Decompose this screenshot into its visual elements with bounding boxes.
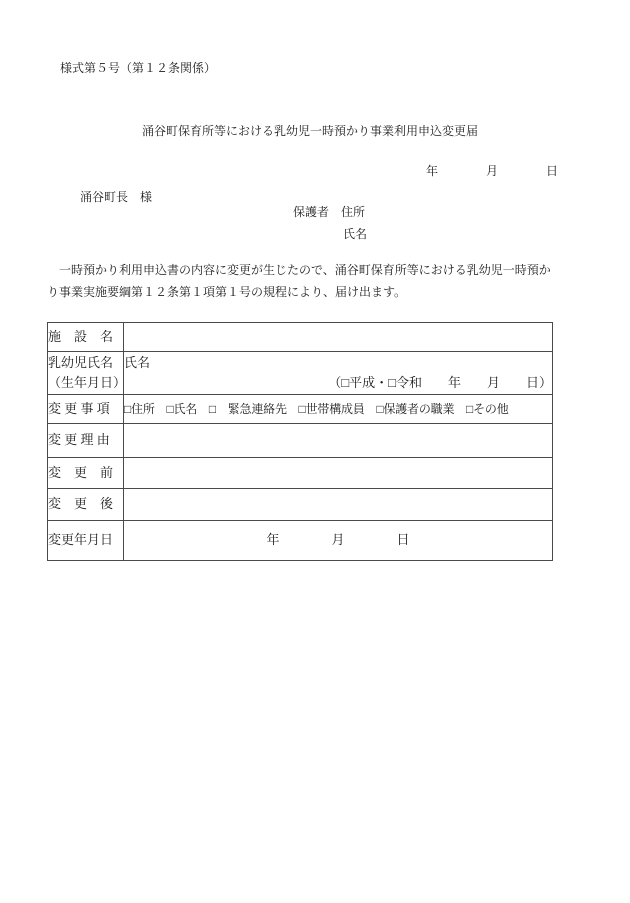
- before-change-value: [124, 458, 553, 489]
- facility-name-label: 施 設 名: [48, 323, 124, 352]
- infant-name-label-line2: （生年月日）: [48, 375, 124, 390]
- change-reason-value: [124, 424, 553, 458]
- change-date-value: 年 月 日: [124, 521, 553, 561]
- change-reason-label: 変 更 理 由: [48, 424, 124, 458]
- before-change-row: 変 更 前: [48, 458, 553, 489]
- guardian-name-line: 氏名: [343, 227, 367, 242]
- form-number: 様式第５号（第１２条関係）: [60, 61, 216, 76]
- submission-date-line: 年 月 日: [426, 164, 558, 179]
- body-line-2: り事業実施要綱第１２条第１項第１号の規程により、届け出ます。: [47, 285, 406, 299]
- change-items-checkboxes: □住所 □氏名 □ 緊急連絡先 □世帯構成員 □保護者の職業 □その他: [124, 395, 553, 424]
- facility-name-value: [124, 323, 553, 352]
- body-line-1: 一時預かり利用申込書の内容に変更が生じたので、涌谷町保育所等における乳幼児一時預…: [47, 263, 551, 277]
- change-items-row: 変 更 事 項 □住所 □氏名 □ 緊急連絡先 □世帯構成員 □保護者の職業 □…: [48, 395, 553, 424]
- change-date-row: 変更年月日 年 月 日: [48, 521, 553, 561]
- facility-name-row: 施 設 名: [48, 323, 553, 352]
- infant-name-field-label: 氏名: [124, 353, 552, 373]
- infant-name-label: 乳幼児氏名（生年月日）: [48, 352, 124, 395]
- page-title: 涌谷町保育所等における乳幼児一時預かり事業利用申込変更届: [142, 124, 478, 139]
- change-date-label: 変更年月日: [48, 521, 124, 561]
- body-paragraph: 一時預かり利用申込書の内容に変更が生じたので、涌谷町保育所等における乳幼児一時預…: [47, 259, 557, 303]
- infant-birthdate-line: （□平成・□令和 年 月 日）: [124, 373, 552, 393]
- guardian-address-line: 保護者 住所: [293, 205, 365, 220]
- before-change-label: 変 更 前: [48, 458, 124, 489]
- infant-name-value: 氏名 （□平成・□令和 年 月 日）: [124, 352, 553, 395]
- after-change-label: 変 更 後: [48, 489, 124, 521]
- infant-name-label-line1: 乳幼児氏名: [48, 355, 113, 370]
- addressee-line: 涌谷町長 様: [80, 190, 152, 205]
- change-notification-table: 施 設 名 乳幼児氏名（生年月日） 氏名 （□平成・□令和 年 月 日） 変 更…: [47, 322, 553, 561]
- after-change-value: [124, 489, 553, 521]
- after-change-row: 変 更 後: [48, 489, 553, 521]
- change-items-label: 変 更 事 項: [48, 395, 124, 424]
- form-page: 様式第５号（第１２条関係） 涌谷町保育所等における乳幼児一時預かり事業利用申込変…: [0, 0, 630, 903]
- infant-name-row: 乳幼児氏名（生年月日） 氏名 （□平成・□令和 年 月 日）: [48, 352, 553, 395]
- change-reason-row: 変 更 理 由: [48, 424, 553, 458]
